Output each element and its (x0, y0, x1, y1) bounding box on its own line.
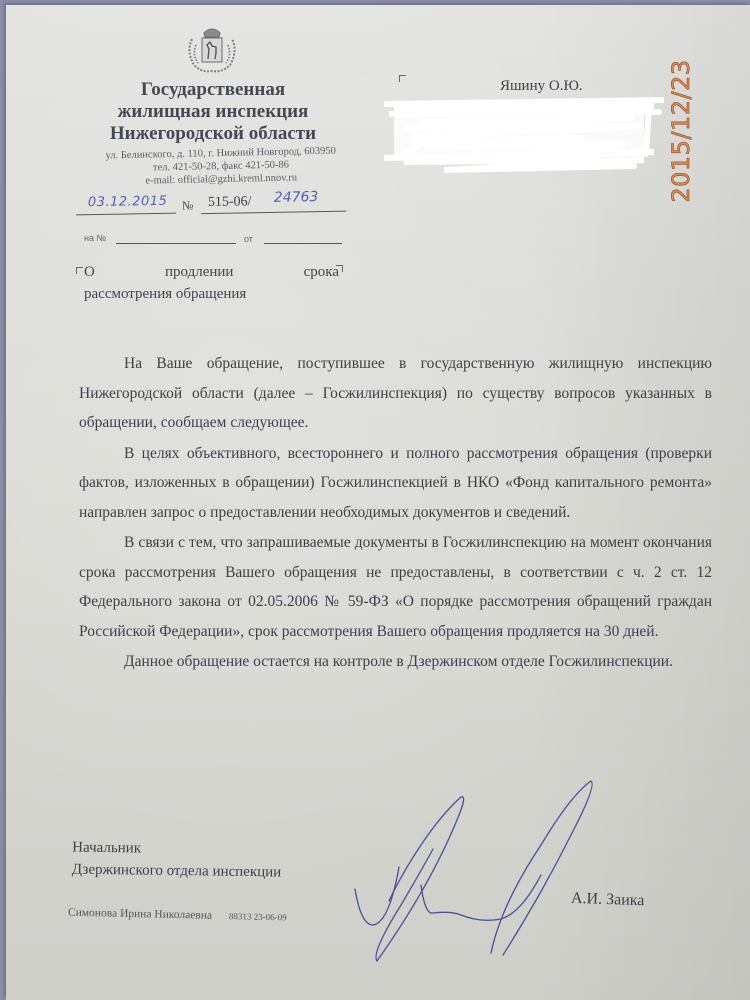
executor-line: Симонова Ирина Николаевна 88313 23-06-09 (68, 907, 287, 924)
letter-body: На Ваше обращение, поступившее в государ… (79, 349, 712, 678)
subject-word: О (84, 261, 95, 283)
camera-date-text: 2015/12/23 (667, 59, 695, 202)
org-name-line2: жилищная инспекция (66, 101, 360, 123)
registration-line: 03.12.2015 № 515-06/ 24763 (76, 195, 346, 220)
letter-page: Государственная жилищная инспекция Нижег… (6, 5, 750, 1000)
registration-number-prefix: 515-06/ (208, 194, 252, 211)
org-name-line3: Нижегородской области (66, 123, 360, 145)
handwritten-signature-icon (341, 775, 601, 965)
reply-reference-line: на № от (84, 233, 344, 251)
reply-to-label: на № (84, 233, 106, 243)
registration-number-handwritten: 24763 (274, 189, 319, 206)
organization-name: Государственная жилищная инспекция Нижег… (66, 79, 360, 145)
subject-word: срока (304, 261, 339, 283)
signatory-position: Начальник Дзержинского отдела инспекции (72, 837, 282, 884)
position-line1: Начальник (72, 837, 282, 862)
organization-contacts: ул. Белинского, д. 110, г. Нижний Новгор… (76, 144, 367, 189)
org-name-line1: Государственная (66, 79, 360, 101)
subject-corner-mark (76, 267, 83, 274)
subject-word: продлении (165, 261, 233, 283)
body-paragraph: В связи с тем, что запрашиваемые докумен… (79, 528, 712, 646)
number-sign: № (182, 198, 194, 213)
signer-name: А.И. Заика (571, 890, 645, 911)
reply-number-underline (116, 243, 236, 244)
registration-date: 03.12.2015 (88, 194, 168, 210)
coat-of-arms-icon (182, 25, 242, 77)
camera-date-stamp: 2015/12/23 (661, 41, 701, 221)
position-line2: Дзержинского отдела инспекции (72, 859, 282, 884)
letter-subject: О продлении срока рассмотрения обращения (84, 261, 339, 305)
executor-phone: 88313 23-06-09 (229, 911, 287, 922)
address-corner-mark (399, 75, 406, 82)
number-underline (201, 211, 346, 215)
redaction-scribble (384, 92, 674, 182)
body-paragraph: На Ваше обращение, поступившее в государ… (79, 349, 712, 438)
body-paragraph: Данное обращение остается на контроле в … (79, 647, 712, 677)
body-paragraph: В целях объективного, всестороннего и по… (79, 439, 712, 528)
subject-line2: рассмотрения обращения (84, 283, 339, 305)
from-label: от (244, 234, 253, 244)
date-underline (76, 213, 176, 216)
executor-name: Симонова Ирина Николаевна (68, 907, 212, 922)
from-date-underline (264, 243, 342, 244)
